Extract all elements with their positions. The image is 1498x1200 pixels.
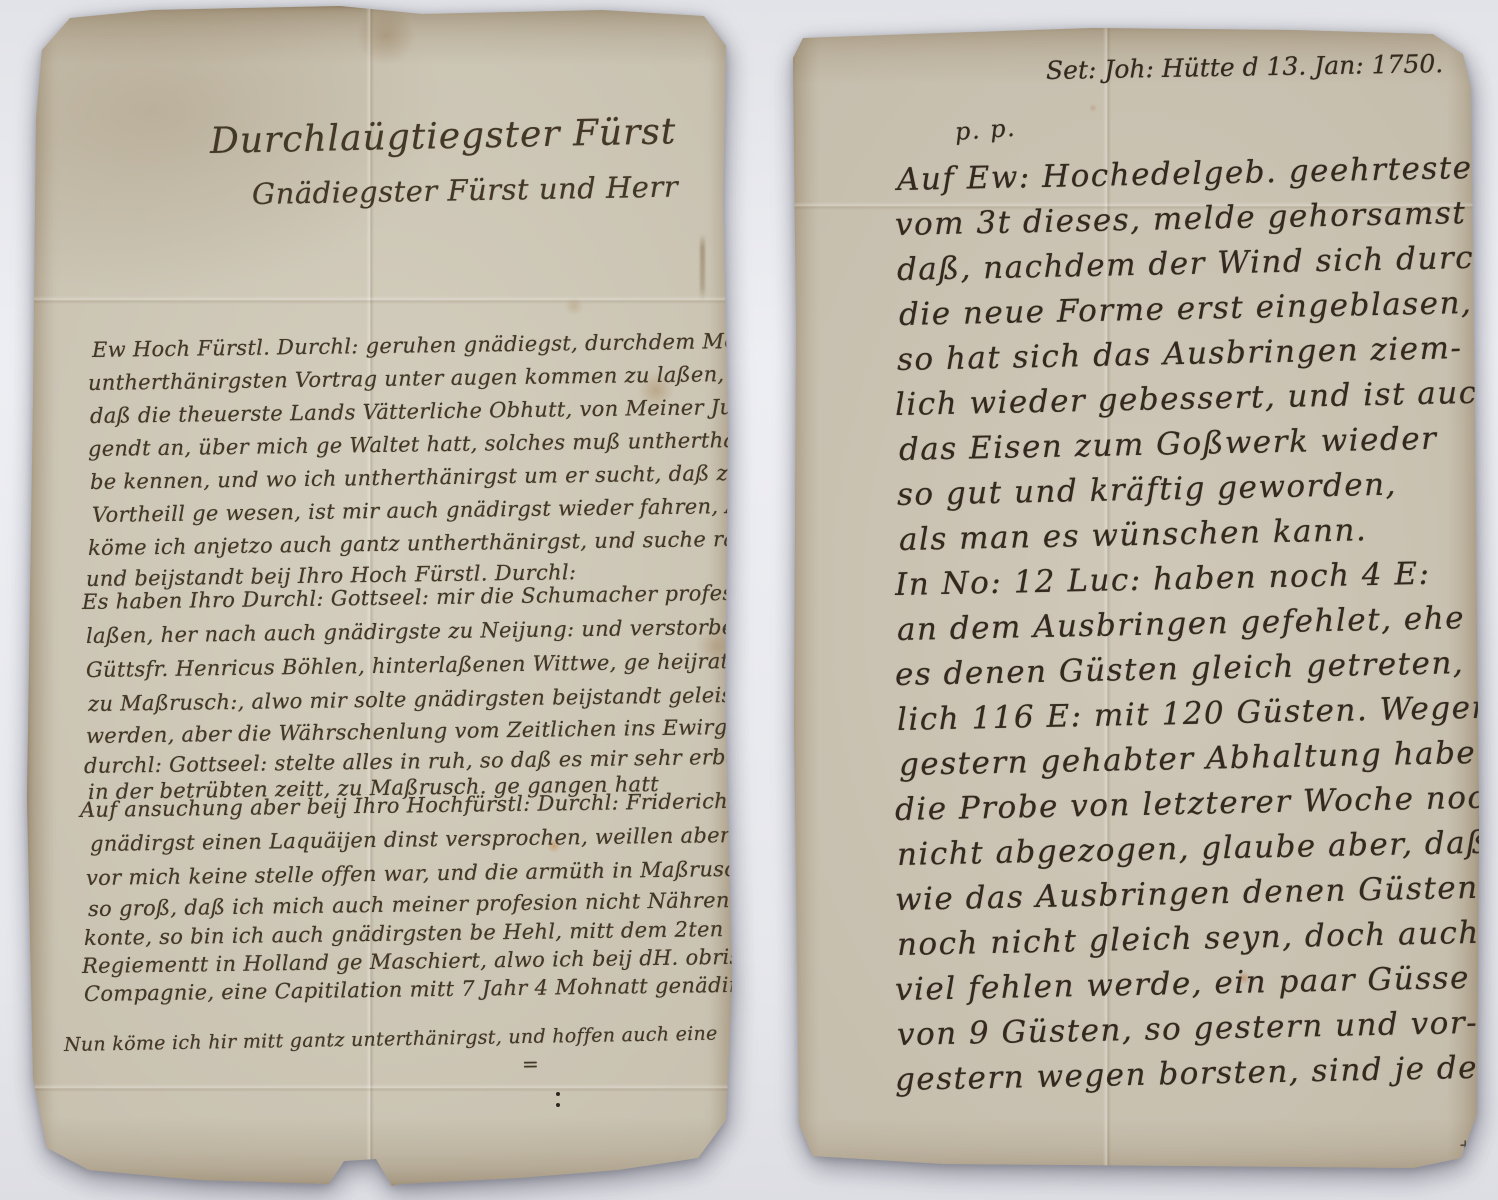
body-line: be kennen, und wo ich untherthänirgst um… (90, 462, 836, 493)
body-line: an dem Ausbringen gefehlet, ehe (897, 603, 1466, 646)
body-line: Ew Hoch Fürstl. Durchl: geruhen gnädiegs… (92, 330, 785, 361)
body-line: zu Maßrusch:, alwo mir solte gnädirgsten… (88, 685, 763, 715)
body-line: viel fehlen werde, ein paar Güsse (895, 963, 1470, 1006)
body-line: Compagnie, eine Capitilation mitt 7 Jahr… (84, 974, 822, 1005)
margin-mark: = (522, 1054, 539, 1074)
body-line: gnädirgst einen Laquäijen dinst versproc… (90, 825, 730, 855)
body-line: gestern gehabter Abhaltung habe (899, 738, 1477, 781)
fold-crease-horizontal (26, 1084, 738, 1092)
body-line: Vortheill ge wesen, ist mir auch gnädirg… (92, 496, 772, 526)
body-line: köme ich anjetzo auch gantz untherthänir… (88, 528, 830, 559)
body-line: es denen Güsten gleich getreten, nem- (895, 646, 1498, 691)
body-line: lich 116 E: mit 120 Güsten. Wegen (897, 693, 1494, 736)
closing-line: Nun köme ich hir mitt gantz unterthänirg… (64, 1025, 718, 1055)
heading-line: Durchlaügtiegster Fürst (210, 114, 677, 160)
manuscript-photo: Durchlaügtiegster Fürst Gnädiegster Fürs… (0, 0, 1498, 1200)
right-manuscript-page: Set: Joh: Hütte d 13. Jan: 1750. p. p. A… (791, 26, 1481, 1176)
body-line: nicht abgezogen, glaube aber, daß (897, 828, 1489, 871)
body-line: vom 3t dieses, melde gehorsamst (895, 198, 1467, 241)
body-line: In No: 12 Luc: haben noch 4 E: (895, 559, 1431, 601)
fold-crease-horizontal (26, 296, 738, 304)
body-line: die neue Forme erst eingeblasen, (899, 288, 1473, 331)
body-line: werden, aber die Währschenlung vom Zeitl… (86, 716, 800, 747)
body-line: wie das Ausbringen denen Güsten (895, 873, 1479, 916)
body-line: daß, nachdem der Wind sich durch (897, 242, 1496, 286)
body-line: so groß, daß ich mich auch meiner profes… (88, 890, 730, 920)
body-line: Regiementt in Holland ge Maschiert, alwo… (82, 945, 880, 977)
body-line: vor mich keine stelle offen war, und die… (86, 859, 758, 889)
body-line: Auf Ew: Hochedelgeb. geehrtestes (897, 153, 1491, 196)
body-line: Güttsfr. Henricus Böhlen, hinterlaßenen … (86, 651, 765, 681)
salutation: p. p. (954, 116, 1017, 144)
body-line: die Probe von letzterer Woche noch (895, 782, 1498, 826)
ink-dots (556, 1092, 560, 1096)
body-line: noch nicht gleich seyn, doch auch nicht (897, 916, 1498, 961)
body-line: so gut und kräftig geworden, (897, 470, 1398, 511)
body-line: das Eisen zum Goßwerk wieder (899, 424, 1438, 466)
left-manuscript-page: Durchlaügtiegster Fürst Gnädiegster Fürs… (26, 6, 738, 1188)
faint-edge-mark (700, 234, 705, 300)
corner-mark: + (1459, 1138, 1473, 1153)
heading-line: Gnädiegster Fürst und Herr (252, 173, 679, 209)
body-line: laßen, her nach auch gnädirgste zu Neiju… (86, 616, 775, 647)
body-line: gendt an, über mich ge Waltet hatt, solc… (88, 429, 801, 460)
body-line: daß die theuerste Lands Vätterliche Obhu… (90, 397, 741, 427)
body-line: lich wieder gebessert, und ist auch (895, 377, 1498, 421)
body-line: als man es wünschen kann. (899, 515, 1368, 556)
body-line: so hat sich das Ausbringen ziem- (897, 333, 1463, 376)
left-page-paper: Durchlaügtiegster Fürst Gnädiegster Fürs… (26, 6, 738, 1188)
body-line: gestern wegen borsten, sind je der (895, 1052, 1495, 1096)
right-page-paper: Set: Joh: Hütte d 13. Jan: 1750. p. p. A… (791, 26, 1481, 1176)
body-line: von 9 Güsten, so gestern und vor- (897, 1008, 1479, 1051)
date-line: Set: Joh: Hütte d 13. Jan: 1750. (1046, 51, 1444, 83)
body-line: untherthänirgsten Vortrag unter augen ko… (88, 364, 725, 394)
body-line: durchl: Gottseel: stelte alles in ruh, s… (84, 746, 809, 777)
